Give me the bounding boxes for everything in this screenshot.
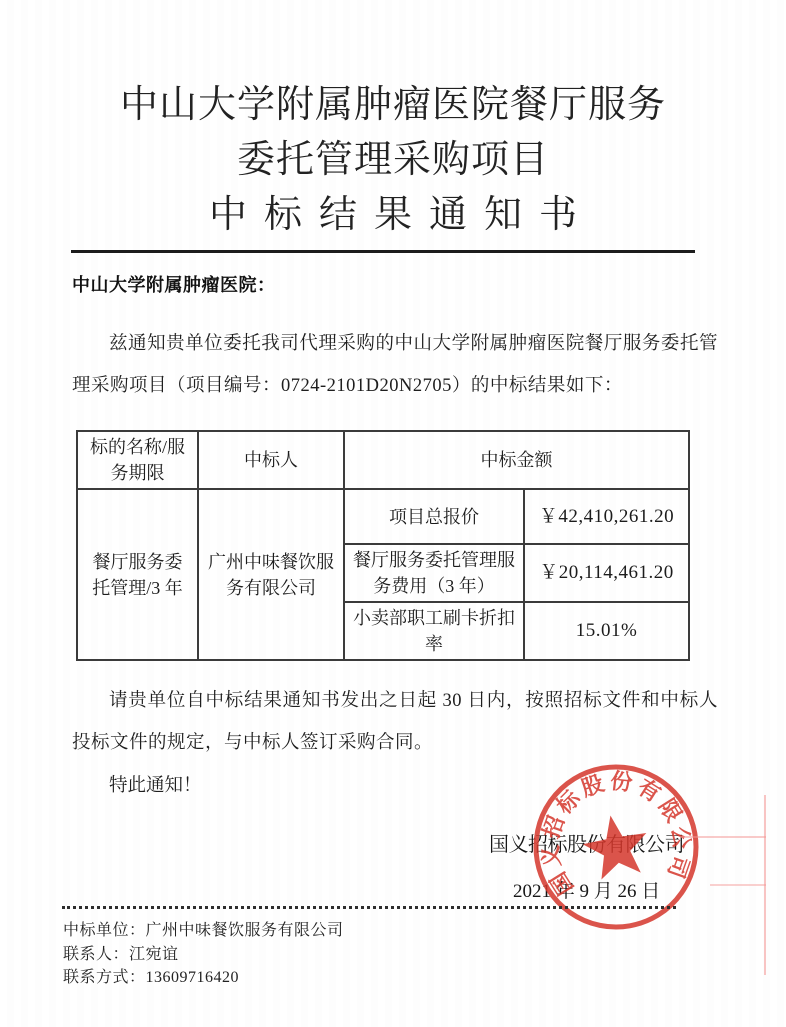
recipient-line: 中山大学附属肿瘤医院： (72, 271, 276, 297)
scan-artifact-hline (680, 836, 766, 838)
amount-item-cell: 项目总报价 (344, 489, 524, 544)
contact-person-value: 江宛谊 (129, 946, 179, 963)
amount-item-cell: 小卖部职工刷卡折扣率 (344, 602, 524, 660)
dotted-separator-line (62, 906, 676, 909)
subject-cell: 餐厅服务委托管理/3 年 (77, 489, 198, 660)
signature-company: 国义招标股份有限公司 (489, 828, 684, 857)
signature-date: 2021 年 9 月 26 日 (513, 876, 660, 903)
notice-line: 特此通知！ (72, 766, 202, 806)
contact-phone-value: 13609716420 (146, 969, 240, 986)
notice-document-page: 中山大学附属肿瘤医院餐厅服务 委托管理采购项目 中标结果通知书 中山大学附属肿瘤… (0, 0, 786, 1027)
intro-paragraph: 兹通知贵单位委托我司代理采购的中山大学附属肿瘤医院餐厅服务委托管理采购项目（项目… (72, 323, 718, 407)
table-header-row: 标的名称/服务期限 中标人 中标金额 (77, 431, 689, 489)
table-row: 餐厅服务委托管理/3 年 广州中味餐饮服务有限公司 项目总报价 ￥42,410,… (77, 489, 689, 544)
header-cell-amount: 中标金额 (344, 431, 689, 489)
title-line-2: 委托管理采购项目 (0, 133, 786, 188)
winner-unit-line: 中标单位：广州中味餐饮服务有限公司 (63, 917, 344, 940)
contact-phone-label: 联系方式： (63, 969, 146, 986)
header-cell-winner: 中标人 (198, 431, 344, 489)
contact-person-line: 联系人：江宛谊 (63, 941, 179, 964)
document-title: 中山大学附属肿瘤医院餐厅服务 委托管理采购项目 中标结果通知书 (0, 78, 786, 243)
contact-phone-line: 联系方式：13609716420 (63, 964, 239, 987)
amount-value-cell: ￥42,410,261.20 (524, 489, 689, 544)
contact-person-label: 联系人： (63, 946, 129, 963)
winner-cell: 广州中味餐饮服务有限公司 (198, 489, 344, 660)
bid-result-table: 标的名称/服务期限 中标人 中标金额 餐厅服务委托管理/3 年 广州中味餐饮服务… (76, 430, 690, 661)
winner-unit-value: 广州中味餐饮服务有限公司 (146, 922, 344, 939)
title-divider-rule (71, 250, 695, 253)
amount-value-cell: ￥20,114,461.20 (524, 544, 689, 602)
scan-artifact-vline (764, 795, 766, 975)
amount-value-cell: 15.01% (524, 602, 689, 660)
header-cell-subject: 标的名称/服务期限 (77, 431, 198, 489)
title-line-1: 中山大学附属肿瘤医院餐厅服务 (0, 78, 786, 133)
title-line-3: 中标结果通知书 (0, 188, 786, 243)
scan-artifact-hline (710, 884, 766, 886)
winner-unit-label: 中标单位： (63, 922, 146, 939)
amount-item-cell: 餐厅服务委托管理服务费用（3 年） (344, 544, 524, 602)
closing-paragraph: 请贵单位自中标结果通知书发出之日起 30 日内，按照招标文件和中标人投标文件的规… (72, 680, 718, 764)
